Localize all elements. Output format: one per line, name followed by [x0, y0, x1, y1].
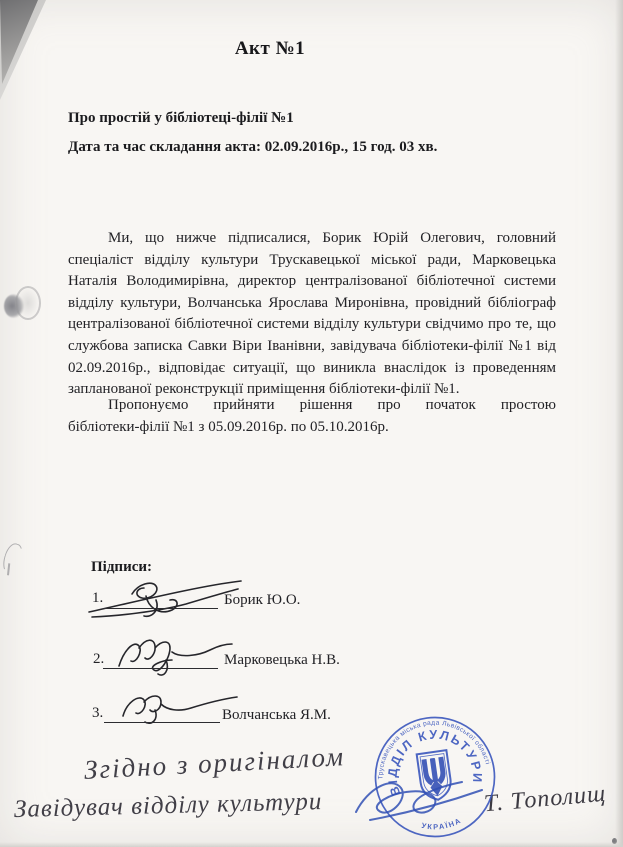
signature-name-2: Марковецька Н.В.: [224, 652, 340, 669]
signature-line-2: [103, 668, 218, 669]
document-title: Акт №1: [0, 38, 540, 60]
page-edge-shading: [615, 0, 623, 847]
signature-number-3: 3.: [92, 705, 103, 722]
signature-line-3: [104, 722, 220, 723]
page-edge-shading-bottom: [0, 842, 623, 847]
signature-name-1: Борик Ю.О.: [224, 592, 300, 609]
document-subject: Про простій у бібліотеці-філії №1: [68, 110, 294, 127]
paragraph-2-line-2: бібліотеки-філії №1 з 05.09.2016р. по 05…: [68, 417, 556, 439]
signature-name-3: Волчанська Я.М.: [222, 707, 331, 724]
signature-stroke-1: [86, 576, 244, 620]
paragraph-2-line-1: Пропонуємо прийняти рішення про початок …: [68, 395, 556, 417]
body-paragraph-1: Ми, що нижче підписалися, Борик Юрій Оле…: [68, 228, 556, 401]
stamp-overlay-signature: [346, 762, 491, 830]
signature-number-2: 2.: [93, 651, 104, 668]
signature-stroke-2: [114, 632, 236, 680]
handwritten-certification-line-2: Завідувач відділу культури: [14, 788, 323, 824]
hole-punch-smudge: [4, 286, 38, 324]
signatures-heading: Підписи:: [91, 559, 152, 576]
body-paragraph-2: Пропонуємо прийняти рішення про початок …: [68, 395, 556, 438]
ink-smudge: [0, 541, 26, 577]
scanned-document-page: Акт №1 Про простій у бібліотеці-філії №1…: [0, 0, 623, 847]
handwritten-certification-line-1: Згідно з оригіналом: [83, 741, 345, 786]
signature-line-1: [103, 608, 218, 609]
document-dateline: Дата та час складання акта: 02.09.2016р.…: [68, 139, 437, 156]
handwritten-signer-name: Т. Тополищ: [483, 781, 607, 819]
